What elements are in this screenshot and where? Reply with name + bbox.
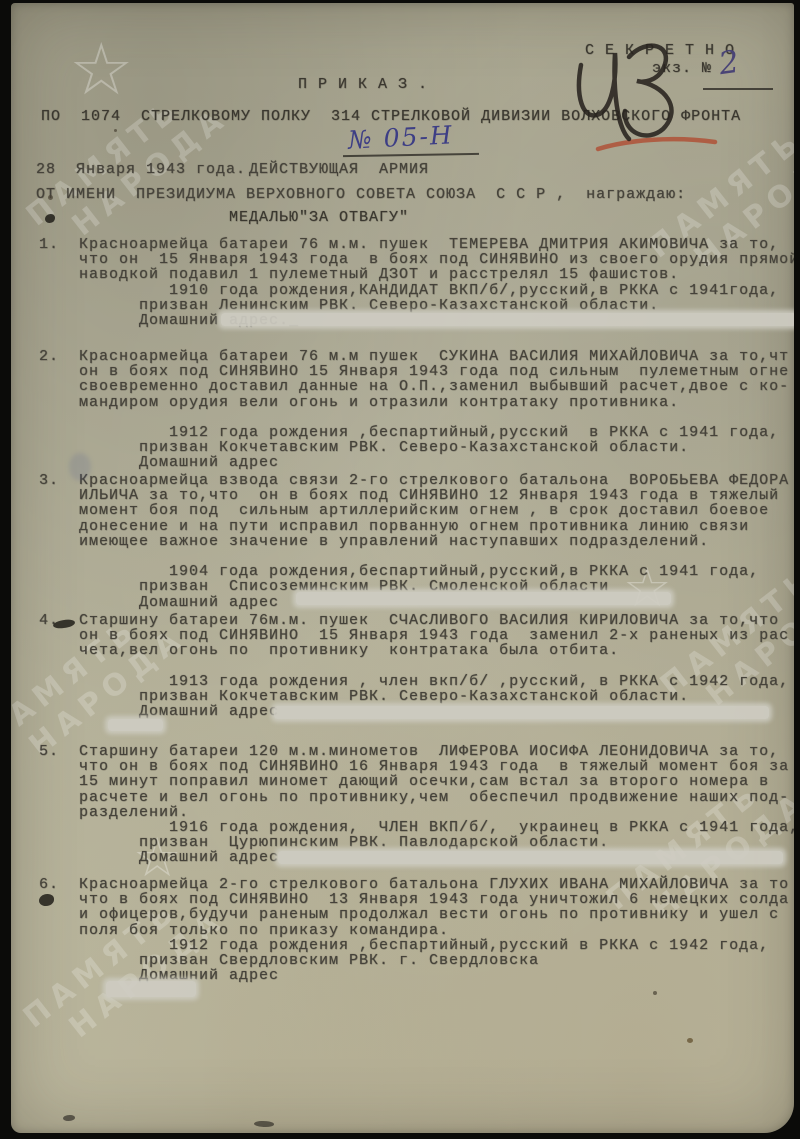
redaction-band	[106, 981, 196, 997]
handwritten-order-number: № 05-Н	[347, 120, 454, 154]
award-entry: 5. Старшину батареи 120 м.м.минометов ЛИ…	[39, 744, 794, 866]
award-entry-text: 5. Старшину батареи 120 м.м.минометов ЛИ…	[39, 744, 794, 866]
star-icon: ☆	[69, 33, 134, 105]
document-scan: ПАМЯТЬ НАРОДА ПАМЯТЬ НАРОДА ПАМЯТЬ НАРОД…	[0, 0, 800, 1139]
blue-smudge	[69, 453, 91, 481]
paper-speck	[114, 129, 117, 132]
paper: ПАМЯТЬ НАРОДА ПАМЯТЬ НАРОДА ПАМЯТЬ НАРОД…	[11, 3, 794, 1133]
award-entry: 6. Красноармейца 2-го стрелкового баталь…	[39, 877, 794, 983]
redaction-band	[278, 851, 783, 864]
redaction-band	[296, 592, 671, 605]
handwritten-registry-scrawl	[563, 35, 698, 153]
paper-speck	[48, 195, 53, 200]
paper-speck	[653, 991, 657, 995]
medal-line: МЕДАЛЬЮ"ЗА ОТВАГУ"	[229, 210, 409, 225]
order-date: 28 Января 1943 года.	[36, 162, 246, 177]
decree-line: ОТ ИМЕНИ ПРЕЗИДИУМА ВЕРХОВНОГО СОВЕТА СО…	[36, 187, 686, 202]
ink-blot	[63, 1115, 75, 1121]
watermark-text: ПАМЯТЬ	[20, 72, 214, 234]
order-title: П Р И К А З .	[298, 77, 428, 92]
handwritten-copy-number: 2	[717, 44, 742, 82]
army-status: ДЕЙСТВУЮЩАЯ АРМИЯ	[249, 162, 429, 177]
redaction-band	[108, 719, 163, 731]
ink-blot	[45, 214, 55, 223]
copy-number-underline	[703, 88, 773, 90]
award-entry-text: 4. Старшину батареи 76м.м. пушек СЧАСЛИВ…	[39, 613, 794, 719]
award-entry: 3. Красноармейца взвода связи 2-го стрел…	[39, 473, 794, 610]
award-entry: 4. Старшину батареи 76м.м. пушек СЧАСЛИВ…	[39, 613, 794, 719]
redaction-band	[274, 706, 769, 719]
award-entry-text: 3. Красноармейца взвода связи 2-го стрел…	[39, 473, 794, 610]
redaction-band	[221, 313, 794, 326]
award-entry: 2. Красноармейца батареи 76 м.м пушек СУ…	[39, 349, 794, 471]
award-entry-text: 2. Красноармейца батареи 76 м.м пушек СУ…	[39, 349, 794, 471]
ink-blot	[254, 1120, 274, 1127]
paper-speck	[687, 1038, 693, 1043]
award-entry-text: 6. Красноармейца 2-го стрелкового баталь…	[39, 877, 794, 983]
